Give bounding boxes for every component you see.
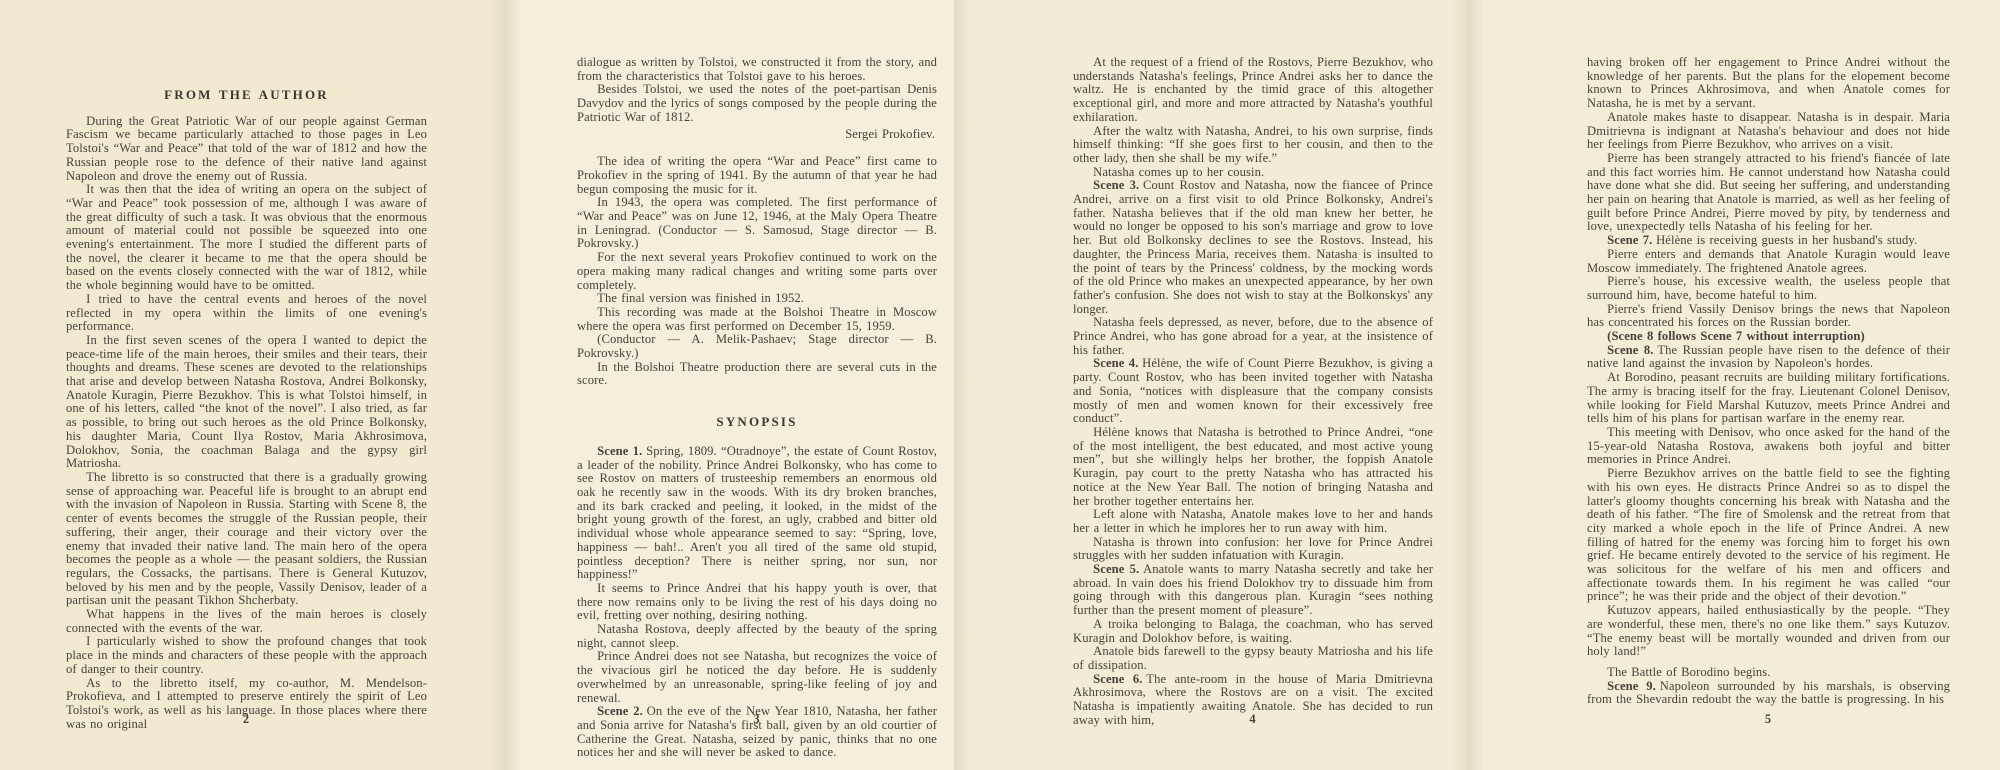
paragraph-text: dialogue as written by Tolstoi, we const… xyxy=(577,55,937,83)
paragraph-text: Spring, 1809. “Otradnoye”, the estate of… xyxy=(577,444,937,581)
paragraph: Natasha comes up to her cousin. xyxy=(1073,166,1433,180)
paragraph: I particularly wished to show the profou… xyxy=(66,635,427,676)
paragraph-text: At Borodino, peasant recruits are buildi… xyxy=(1587,370,1950,425)
paragraph-text: SYNOPSIS xyxy=(716,414,797,429)
paragraph: Natasha Rostova, deeply affected by the … xyxy=(577,623,937,650)
paragraph: having broken off her engagement to Prin… xyxy=(1587,56,1950,111)
paragraph: (Scene 8 follows Scene 7 without interru… xyxy=(1587,330,1950,344)
scene-label: Scene 3. xyxy=(1093,178,1139,192)
paragraph-text: What happens in the lives of the main he… xyxy=(66,607,427,635)
paragraph: Anatole bids farewell to the gypsy beaut… xyxy=(1073,645,1433,672)
page-number-4: 4 xyxy=(1073,712,1433,727)
paragraph: Natasha is thrown into confusion: her lo… xyxy=(1073,536,1433,563)
paragraph: dialogue as written by Tolstoi, we const… xyxy=(577,56,937,83)
paragraph: Anatole makes haste to disappear. Natash… xyxy=(1587,111,1950,152)
page-fold-shadow xyxy=(505,0,521,770)
paragraph-text: In the Bolshoi Theatre production there … xyxy=(577,360,937,388)
paragraph: Scene 5.Anatole wants to marry Natasha s… xyxy=(1073,563,1433,618)
paragraph: This meeting with Denisov, who once aske… xyxy=(1587,426,1950,467)
paragraph: During the Great Patriotic War of our pe… xyxy=(66,115,427,184)
scene-label: Scene 8. xyxy=(1607,343,1653,357)
paragraph-text: I tried to have the central events and h… xyxy=(66,292,427,333)
paragraph: This recording was made at the Bolshoi T… xyxy=(577,306,937,333)
page-fold-shadow xyxy=(954,0,970,770)
paragraph-text: At the request of a friend of the Rostov… xyxy=(1073,55,1433,124)
paragraph: The libretto is so constructed that ther… xyxy=(66,471,427,608)
paragraph-text: (Scene 8 follows Scene 7 without interru… xyxy=(1607,329,1865,343)
paragraph: The final version was finished in 1952. xyxy=(577,292,937,306)
paragraph-text: Natasha is thrown into confusion: her lo… xyxy=(1073,535,1433,563)
scene-label: Scene 5. xyxy=(1093,562,1139,576)
paragraph-text: Hélène is receiving guests in her husban… xyxy=(1656,233,1917,247)
paragraph-text: The libretto is so constructed that ther… xyxy=(66,470,427,607)
page-3-text-column: dialogue as written by Tolstoi, we const… xyxy=(577,56,937,760)
paragraph: Pierre's friend Vassily Denisov brings t… xyxy=(1587,303,1950,330)
paragraph: (Conductor — A. Melik-Pashaev; Stage dir… xyxy=(577,333,937,360)
scene-label: Scene 4. xyxy=(1093,356,1138,370)
paragraph: Scene 3.Count Rostov and Natasha, now th… xyxy=(1073,179,1433,316)
paragraph: Scene 9.Napoleon surrounded by his marsh… xyxy=(1587,680,1950,707)
paragraph-text: It seems to Prince Andrei that his happy… xyxy=(577,581,937,622)
paragraph-text: Natasha comes up to her cousin. xyxy=(1093,165,1264,179)
paragraph: What happens in the lives of the main he… xyxy=(66,608,427,635)
paragraph: Pierre Bezukhov arrives on the battle fi… xyxy=(1587,467,1950,604)
paragraph: Scene 4.Hélène, the wife of Count Pierre… xyxy=(1073,357,1433,426)
paragraph-text: Anatole makes haste to disappear. Natash… xyxy=(1587,110,1950,151)
paragraph-text: This meeting with Denisov, who once aske… xyxy=(1587,425,1950,466)
from-the-author-heading: FROM THE AUTHOR xyxy=(66,88,427,102)
paragraph: Natasha feels depressed, as never, befor… xyxy=(1073,316,1433,357)
paragraph-text: In 1943, the opera was completed. The fi… xyxy=(577,195,937,250)
paragraph: Scene 8.The Russian people have risen to… xyxy=(1587,344,1950,371)
page-fold-shadow xyxy=(489,0,505,770)
page-2-text-column: FROM THE AUTHOR During the Great Patriot… xyxy=(66,88,427,731)
page-fold-shadow xyxy=(1452,0,1468,770)
paragraph-text: For the next several years Prokofiev con… xyxy=(577,250,937,291)
paragraph-text: It was then that the idea of writing an … xyxy=(66,182,427,292)
paragraph: Hélène knows that Natasha is betrothed t… xyxy=(1073,426,1433,508)
page-panel-4: At the request of a friend of the Rostov… xyxy=(954,0,1468,770)
paragraph-text: The idea of writing the opera “War and P… xyxy=(577,154,937,195)
paragraph: I tried to have the central events and h… xyxy=(66,293,427,334)
paragraph-text: Pierre enters and demands that Anatole K… xyxy=(1587,247,1950,275)
paragraph: In 1943, the opera was completed. The fi… xyxy=(577,196,937,251)
paragraph: Kutuzov appears, hailed enthusiastically… xyxy=(1587,604,1950,659)
page-panel-3: dialogue as written by Tolstoi, we const… xyxy=(505,0,954,770)
paragraph-text: Pierre Bezukhov arrives on the battle fi… xyxy=(1587,466,1950,603)
paragraph: Pierre has been strangely attracted to h… xyxy=(1587,152,1950,234)
page-panel-5: having broken off her engagement to Prin… xyxy=(1468,0,2000,770)
page-number-5: 5 xyxy=(1587,712,1950,727)
paragraph-text: I particularly wished to show the profou… xyxy=(66,634,427,675)
paragraph: It seems to Prince Andrei that his happy… xyxy=(577,582,937,623)
paragraph-text: The Battle of Borodino begins. xyxy=(1607,665,1770,679)
paragraph-text: (Conductor — A. Melik-Pashaev; Stage dir… xyxy=(577,332,937,360)
paragraph: Prince Andrei does not see Natasha, but … xyxy=(577,650,937,705)
paragraph: Besides Tolstoi, we used the notes of th… xyxy=(577,83,937,124)
paragraph-text: Pierre's friend Vassily Denisov brings t… xyxy=(1587,302,1950,330)
paragraph-text: In the first seven scenes of the opera I… xyxy=(66,333,427,470)
paragraph: Scene 7.Hélène is receiving guests in he… xyxy=(1587,234,1950,248)
paragraph: Pierre's house, his excessive wealth, th… xyxy=(1587,275,1950,302)
paragraph: For the next several years Prokofiev con… xyxy=(577,251,937,292)
paragraph-text: Kutuzov appears, hailed enthusiastically… xyxy=(1587,603,1950,658)
booklet-foldout: FROM THE AUTHOR During the Great Patriot… xyxy=(0,0,2000,770)
paragraph-text: After the waltz with Natasha, Andrei, to… xyxy=(1073,124,1433,165)
paragraph-text: Besides Tolstoi, we used the notes of th… xyxy=(577,82,937,123)
paragraph-text: Anatole bids farewell to the gypsy beaut… xyxy=(1073,644,1433,672)
paragraph: A troika belonging to Balaga, the coachm… xyxy=(1073,618,1433,645)
paragraph: At the request of a friend of the Rostov… xyxy=(1073,56,1433,125)
paragraph: The idea of writing the opera “War and P… xyxy=(577,155,937,196)
paragraph: It was then that the idea of writing an … xyxy=(66,183,427,293)
scene-label: Scene 6. xyxy=(1093,672,1142,686)
page-number-3: 3 xyxy=(577,712,937,727)
paragraph-text: The final version was finished in 1952. xyxy=(597,291,804,305)
author-signature: Sergei Prokofiev. xyxy=(577,128,935,142)
paragraph-text: Pierre has been strangely attracted to h… xyxy=(1587,151,1950,234)
paragraph: Pierre enters and demands that Anatole K… xyxy=(1587,248,1950,275)
paragraph-text: having broken off her engagement to Prin… xyxy=(1587,55,1950,110)
scene-label: Scene 7. xyxy=(1607,233,1652,247)
page-number-2: 2 xyxy=(66,712,427,727)
paragraph-text: This recording was made at the Bolshoi T… xyxy=(577,305,937,333)
paragraph-text: Natasha feels depressed, as never, befor… xyxy=(1073,315,1433,356)
paragraph: In the Bolshoi Theatre production there … xyxy=(577,361,937,388)
paragraph: After the waltz with Natasha, Andrei, to… xyxy=(1073,125,1433,166)
paragraph-text: Left alone with Natasha, Anatole makes l… xyxy=(1073,507,1433,535)
page-4-text-column: At the request of a friend of the Rostov… xyxy=(1073,56,1433,727)
page-panel-2: FROM THE AUTHOR During the Great Patriot… xyxy=(0,0,505,770)
paragraph: Left alone with Natasha, Anatole makes l… xyxy=(1073,508,1433,535)
paragraph-text: Natasha Rostova, deeply affected by the … xyxy=(577,622,937,650)
paragraph: The Battle of Borodino begins. xyxy=(1587,666,1950,680)
paragraph-text: Prince Andrei does not see Natasha, but … xyxy=(577,649,937,704)
synopsis-heading: SYNOPSIS xyxy=(577,415,937,429)
paragraph: At Borodino, peasant recruits are buildi… xyxy=(1587,371,1950,426)
paragraph-text: Pierre's house, his excessive wealth, th… xyxy=(1587,274,1950,302)
paragraph: Scene 1.Spring, 1809. “Otradnoye”, the e… xyxy=(577,445,937,582)
paragraph-text: A troika belonging to Balaga, the coachm… xyxy=(1073,617,1433,645)
paragraph-text: FROM THE AUTHOR xyxy=(164,87,329,102)
paragraph-text: During the Great Patriotic War of our pe… xyxy=(66,114,427,183)
scene-label: Scene 1. xyxy=(597,444,642,458)
paragraph: In the first seven scenes of the opera I… xyxy=(66,334,427,471)
page-fold-shadow xyxy=(1468,0,1484,770)
scene-label: Scene 9. xyxy=(1607,679,1656,693)
page-5-text-column: having broken off her engagement to Prin… xyxy=(1587,56,1950,707)
paragraph-text: Hélène knows that Natasha is betrothed t… xyxy=(1073,425,1433,508)
paragraph-text: Sergei Prokofiev. xyxy=(845,127,935,141)
paragraph-text: Count Rostov and Natasha, now the fiance… xyxy=(1073,178,1433,315)
